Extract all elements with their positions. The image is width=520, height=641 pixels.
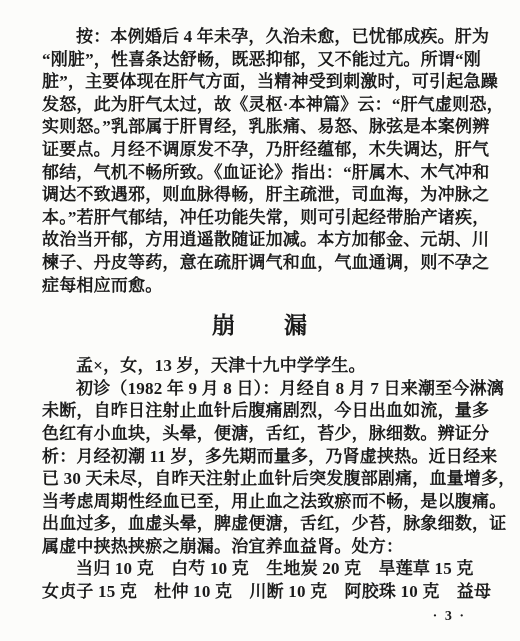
commentary-line: 调达不致遇邪，则血脉得畅，肝主疏泄，司血海，为冲脉之 xyxy=(42,184,478,207)
case-line: 当考虑周期性经血已至，用止血之法致瘀而不畅，是以腹痛。 xyxy=(42,491,478,514)
patient-info-line: 孟×，女，13 岁，天津十九中学学生。 xyxy=(42,355,478,378)
commentary-line: “刚脏”，性喜条达舒畅，既恶抑郁，又不能过亢。所谓“刚 xyxy=(42,49,478,72)
case-record: 孟×，女，13 岁，天津十九中学学生。 初诊（1982 年 9 月 8 日）：月… xyxy=(42,355,478,558)
commentary-paragraph: 按：本例婚后 4 年未孕，久治未愈，已忧郁成疾。肝为 “刚脏”，性喜条达舒畅，既… xyxy=(42,26,478,297)
case-line: 初诊（1982 年 9 月 8 日）：月经自 8 月 7 日来潮至今淋漓 xyxy=(42,378,478,401)
commentary-line: 本。”若肝气郁结，冲任功能失常，则可引起经带胎产诸疾， xyxy=(42,207,478,230)
case-line: 色红有小血块，头晕，便溏，舌红，苔少，脉细数。辨证分 xyxy=(42,423,478,446)
commentary-line: 发怒，此为肝气太过，故《灵枢·本神篇》云：“肝气虚则恐， xyxy=(42,94,478,117)
case-line: 析：月经初潮 11 岁，多先期而量多，乃肾虚挟热。近日经来 xyxy=(42,446,478,469)
prescription: 当归 10 克 白芍 10 克 生地炭 20 克 旱莲草 15 克 女贞子 15… xyxy=(42,558,478,603)
commentary-line: 症每相应而愈。 xyxy=(42,275,478,298)
commentary-line: 楝子、丹皮等药，意在疏肝调气和血，气血通调，则不孕之 xyxy=(42,252,478,275)
case-line: 未断，自昨日注射止血针后腹痛剧烈，今日出血如流，量多 xyxy=(42,400,478,423)
case-line: 出血过多，血虚头晕，脾虚便溏，舌红，少苔，脉象细数，证 xyxy=(42,513,478,536)
case-line: 已 30 天未尽，自昨天注射止血针后突发腹部剧痛，血量增多， xyxy=(42,468,478,491)
section-title: 崩 漏 xyxy=(42,311,478,341)
book-page: 按：本例婚后 4 年未孕，久治未愈，已忧郁成疾。肝为 “刚脏”，性喜条达舒畅，既… xyxy=(0,0,520,641)
case-line: 属虚中挟热挟瘀之崩漏。治宜养血益肾。处方： xyxy=(42,536,478,559)
prescription-line: 女贞子 15 克 杜仲 10 克 川断 10 克 阿胶珠 10 克 益母 xyxy=(42,581,478,604)
commentary-line: 按：本例婚后 4 年未孕，久治未愈，已忧郁成疾。肝为 xyxy=(42,26,478,49)
prescription-line: 当归 10 克 白芍 10 克 生地炭 20 克 旱莲草 15 克 xyxy=(42,558,478,581)
commentary-line: 故治当开郁，方用逍遥散随证加减。本方加郁金、元胡、川 xyxy=(42,229,478,252)
page-number: · 3 · xyxy=(433,609,466,625)
commentary-line: 证要点。月经不调原发不孕，乃肝经蕴郁，木失调达，肝气 xyxy=(42,139,478,162)
commentary-line: 实则怒。”乳部属于肝胃经，乳胀痛、易怒、脉弦是本案例辨 xyxy=(42,116,478,139)
commentary-line: 郁结，气机不畅所致。《血证论》指出：“肝属木、木气冲和 xyxy=(42,162,478,185)
commentary-line: 脏”，主要体现在肝气方面，当精神受到刺激时，可引起急躁 xyxy=(42,71,478,94)
